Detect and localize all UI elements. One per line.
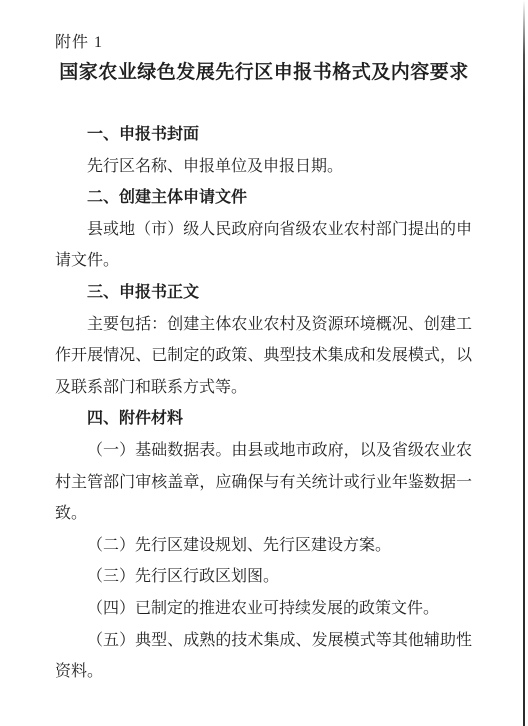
paragraph: （五）典型、成熟的技术集成、发展模式等其他辅助性资料。 <box>55 625 472 688</box>
section-heading: 四、附件材料 <box>55 403 472 435</box>
document-title: 国家农业绿色发展先行区申报书格式及内容要求 <box>0 57 528 84</box>
section-heading: 二、创建主体申请文件 <box>55 182 472 214</box>
paragraph: （四）已制定的推进农业可持续发展的政策文件。 <box>55 593 472 625</box>
paragraph: 县或地（市）级人民政府向省级农业农村部门提出的申请文件。 <box>55 214 472 277</box>
scan-artifact-line <box>523 0 525 726</box>
paragraph: 先行区名称、申报单位及申报日期。 <box>55 151 472 183</box>
section-heading: 三、申报书正文 <box>55 277 472 309</box>
paragraph: （三）先行区行政区划图。 <box>55 561 472 593</box>
attachment-label: 附件 1 <box>55 29 103 52</box>
document-body: 一、申报书封面先行区名称、申报单位及申报日期。二、创建主体申请文件县或地（市）级… <box>55 119 472 688</box>
paragraph: （二）先行区建设规划、先行区建设方案。 <box>55 530 472 562</box>
paragraph: （一）基础数据表。由县或地市政府，以及省级农业农村主管部门审核盖章，应确保与有关… <box>55 435 472 530</box>
paragraph: 主要包括：创建主体农业农村及资源环境概况、创建工作开展情况、已制定的政策、典型技… <box>55 309 472 404</box>
section-heading: 一、申报书封面 <box>55 119 472 151</box>
document-page: 附件 1 国家农业绿色发展先行区申报书格式及内容要求 一、申报书封面先行区名称、… <box>0 0 528 726</box>
